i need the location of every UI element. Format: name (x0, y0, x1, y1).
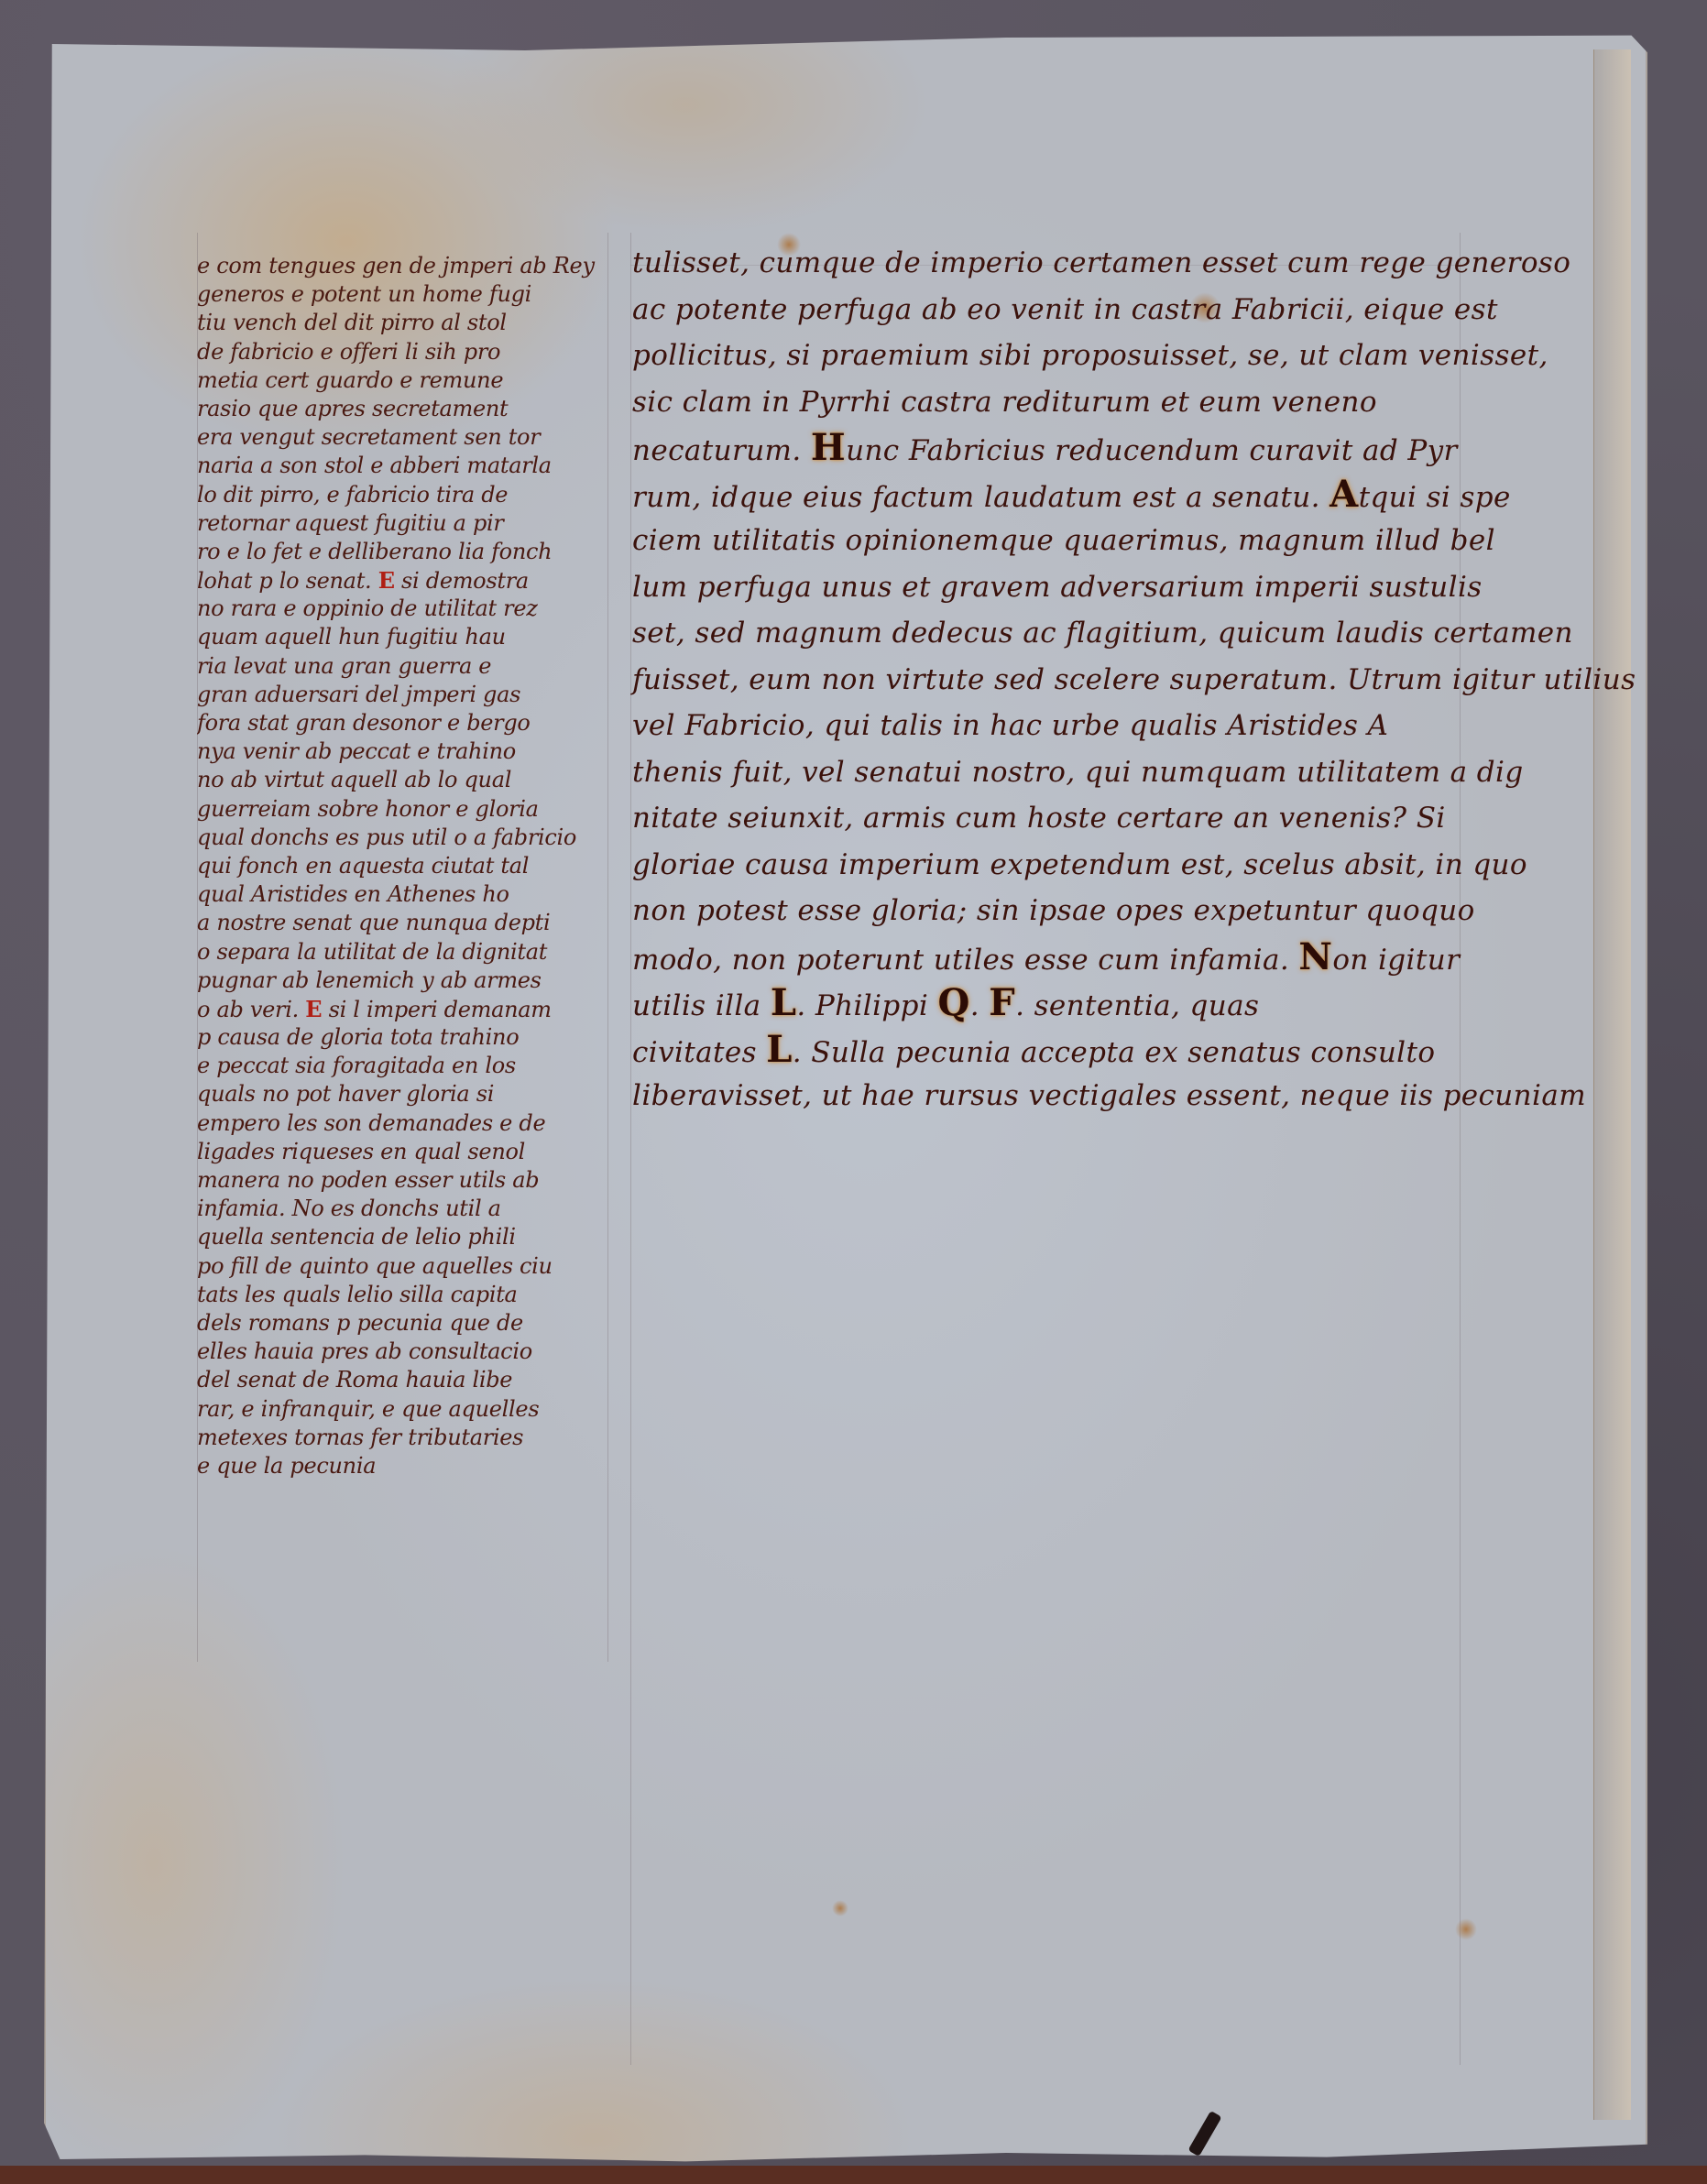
left-line: lohat p lo senat. E si demostra (197, 566, 600, 595)
decorated-initial: N (1298, 934, 1332, 981)
left-line: pugnar ab lenemich y ab armes (197, 966, 600, 995)
left-line: no ab virtut aquell ab lo qual (197, 766, 600, 794)
rubric-initial: E (305, 996, 322, 1022)
right-line: sic clam in Pyrrhi castra rediturum et e… (632, 379, 1439, 426)
foxing-spot (832, 1900, 848, 1916)
left-line: p causa de gloria tota trahino (197, 1023, 600, 1052)
right-line: necaturum. Hunc Fabricius reducendum cur… (632, 425, 1439, 472)
left-line: a nostre senat que nunqua depti (197, 909, 600, 937)
right-line: ciem utilitatis opinionemque quaerimus, … (632, 518, 1439, 564)
right-column-latin: tulisset, cumque de imperio certamen ess… (632, 240, 1439, 1119)
right-fold-edge (1593, 49, 1631, 2120)
right-line: utilis illa L. Philippi Q. F. sententia,… (632, 980, 1439, 1027)
left-line: qual Aristides en Athenes ho (197, 880, 600, 909)
left-line: rar, e infranquir, e que aquelles (197, 1395, 600, 1424)
right-line: thenis fuit, vel senatui nostro, qui num… (632, 749, 1439, 796)
decorated-initial: H (811, 425, 846, 472)
bottom-frame-strip (0, 2166, 1707, 2184)
foxing-spot (1455, 1918, 1477, 1940)
right-line: nitate seiunxit, armis cum hoste certare… (632, 795, 1439, 842)
left-line: qui fonch en aquesta ciutat tal (197, 852, 600, 880)
decorated-initial: L (766, 1027, 793, 1074)
right-line: tulisset, cumque de imperio certamen ess… (632, 240, 1439, 287)
paper-tear (1187, 2111, 1221, 2157)
right-line: ac potente perfuga ab eo venit in castra… (632, 287, 1439, 333)
left-line: retornar aquest fugitiu a pir (197, 509, 600, 538)
left-column-catalan: e com tengues gen de jmperi ab Reygenero… (197, 252, 600, 1480)
left-line: e com tengues gen de jmperi ab Rey (197, 252, 600, 280)
left-line: tats les quals lelio silla capita (197, 1281, 600, 1309)
right-line: liberavisset, ut hae rursus vectigales e… (632, 1073, 1439, 1119)
left-line: manera no poden esser utils ab (197, 1166, 600, 1195)
left-line: guerreiam sobre honor e gloria (197, 795, 600, 824)
left-line: ro e lo fet e delliberano lia fonch (197, 538, 600, 566)
left-line: e peccat sia foragitada en los (197, 1052, 600, 1080)
left-line: naria a son stol e abberi matarla (197, 452, 600, 480)
decorated-initial: F (989, 980, 1015, 1027)
left-line: ria levat una gran guerra e (197, 652, 600, 681)
left-line: era vengut secretament sen tor (197, 423, 600, 452)
left-line: nya venir ab peccat e trahino (197, 737, 600, 766)
decorated-initial: A (1329, 472, 1358, 519)
left-line: de fabricio e offeri li sih pro (197, 338, 600, 366)
left-line: metia cert guardo e remune (197, 366, 600, 395)
ruling-line-left-column-edge (607, 233, 608, 1662)
left-line: rasio que apres secretament (197, 395, 600, 423)
left-line: lo dit pirro, e fabricio tira de (197, 481, 600, 509)
left-line: dels romans p pecunia que de (197, 1309, 600, 1338)
right-line: pollicitus, si praemium sibi proposuisse… (632, 333, 1439, 379)
decorated-initial: L (771, 980, 797, 1027)
right-line: fuisset, eum non virtute sed scelere sup… (632, 657, 1439, 704)
left-line: infamia. No es donchs util a (197, 1195, 600, 1223)
left-line: quella sentencia de lelio phili (197, 1223, 600, 1251)
left-line: quals no pot haver gloria si (197, 1080, 600, 1108)
left-line: metexes tornas fer tributaries (197, 1424, 600, 1452)
decorated-initial: Q (937, 980, 969, 1027)
left-line: po fill de quinto que aquelles ciu (197, 1252, 600, 1281)
left-line: no rara e oppinio de utilitat rez (197, 595, 600, 623)
left-line: generos e potent un home fugi (197, 280, 600, 309)
right-line: modo, non poterunt utiles esse cum infam… (632, 934, 1439, 981)
left-line: o ab veri. E si l imperi demanam (197, 995, 600, 1023)
left-line: empero les son demanades e de (197, 1109, 600, 1138)
left-line: gran aduersari del jmperi gas (197, 681, 600, 709)
left-line: qual donchs es pus util o a fabricio (197, 824, 600, 852)
right-line: vel Fabricio, qui talis in hac urbe qual… (632, 703, 1439, 749)
rubric-initial: E (378, 567, 395, 594)
left-line: o separa la utilitat de la dignitat (197, 938, 600, 966)
left-line: e que la pecunia (197, 1452, 600, 1480)
right-line: civitates L. Sulla pecunia accepta ex se… (632, 1027, 1439, 1074)
right-line: rum, idque eius factum laudatum est a se… (632, 472, 1439, 519)
left-line: quam aquell hun fugitiu hau (197, 623, 600, 651)
left-line: ligades riqueses en qual senol (197, 1138, 600, 1166)
right-line: lum perfuga unus et gravem adversarium i… (632, 564, 1439, 611)
left-line: del senat de Roma hauia libe (197, 1366, 600, 1394)
left-line: fora stat gran desonor e bergo (197, 709, 600, 737)
right-line: set, sed magnum dedecus ac flagitium, qu… (632, 610, 1439, 657)
right-line: gloriae causa imperium expetendum est, s… (632, 842, 1439, 889)
left-line: elles hauia pres ab consultacio (197, 1338, 600, 1366)
ruling-line-right-column-start (630, 233, 631, 2065)
right-line: non potest esse gloria; sin ipsae opes e… (632, 888, 1439, 934)
left-line: tiu vench del dit pirro al stol (197, 309, 600, 337)
